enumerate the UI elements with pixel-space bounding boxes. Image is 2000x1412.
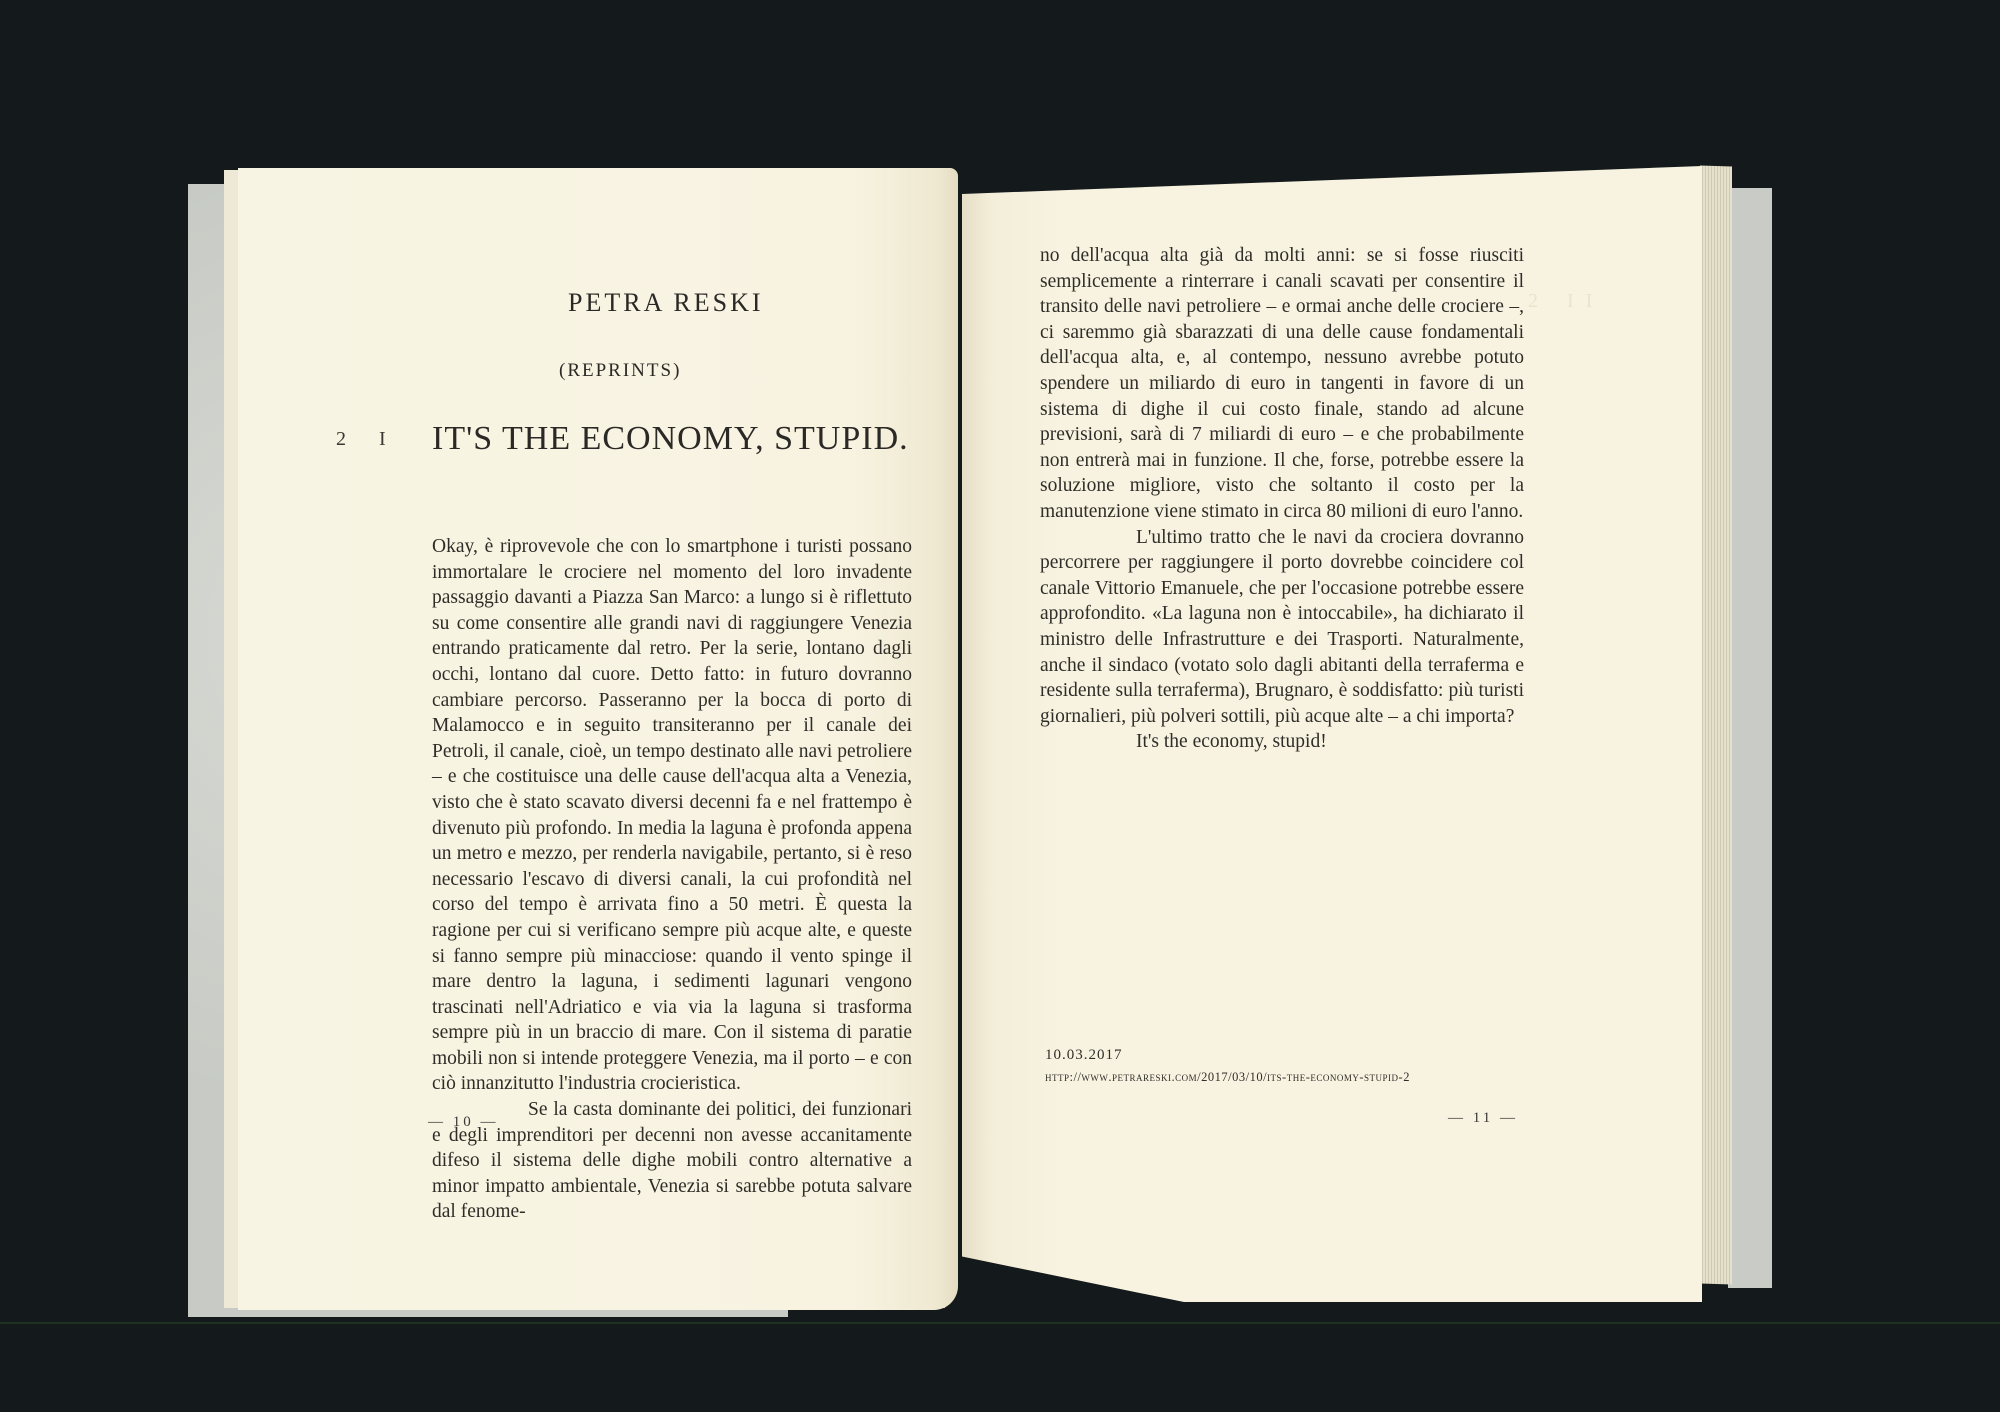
scanner-line	[0, 1322, 2000, 1324]
paragraph: no dell'acqua alta già da molti anni: se…	[1040, 243, 1524, 525]
page-number-right: — 11 —	[1448, 1110, 1518, 1127]
paragraph: Okay, è riprovevole che con lo smartphon…	[432, 534, 912, 1097]
left-body-text: Okay, è riprovevole che con lo smartphon…	[432, 534, 912, 1225]
author-name: PETRA RESKI	[568, 288, 764, 318]
glassine-wrapper-right	[1728, 188, 1772, 1288]
page-number-left: — 10 —	[428, 1114, 499, 1131]
chapter-title: IT'S THE ECONOMY, STUPID.	[432, 420, 909, 458]
closing-line: It's the economy, stupid!	[1040, 729, 1524, 755]
section-label: (REPRINTS)	[559, 360, 681, 382]
show-through-number: 2 II	[1528, 290, 1604, 313]
publication-date: 10.03.2017	[1045, 1047, 1123, 1064]
chapter-number: 2 I	[336, 428, 400, 451]
paragraph: Se la casta dominante dei politici, dei …	[432, 1097, 912, 1225]
page-stack-right	[1700, 165, 1732, 1284]
paragraph: L'ultimo tratto che le navi da crociera …	[1040, 525, 1524, 730]
right-body-text: no dell'acqua alta già da molti anni: se…	[1040, 243, 1524, 755]
source-url: HTTP://WWW.PETRARESKI.COM/2017/03/10/ITS…	[1045, 1070, 1410, 1085]
